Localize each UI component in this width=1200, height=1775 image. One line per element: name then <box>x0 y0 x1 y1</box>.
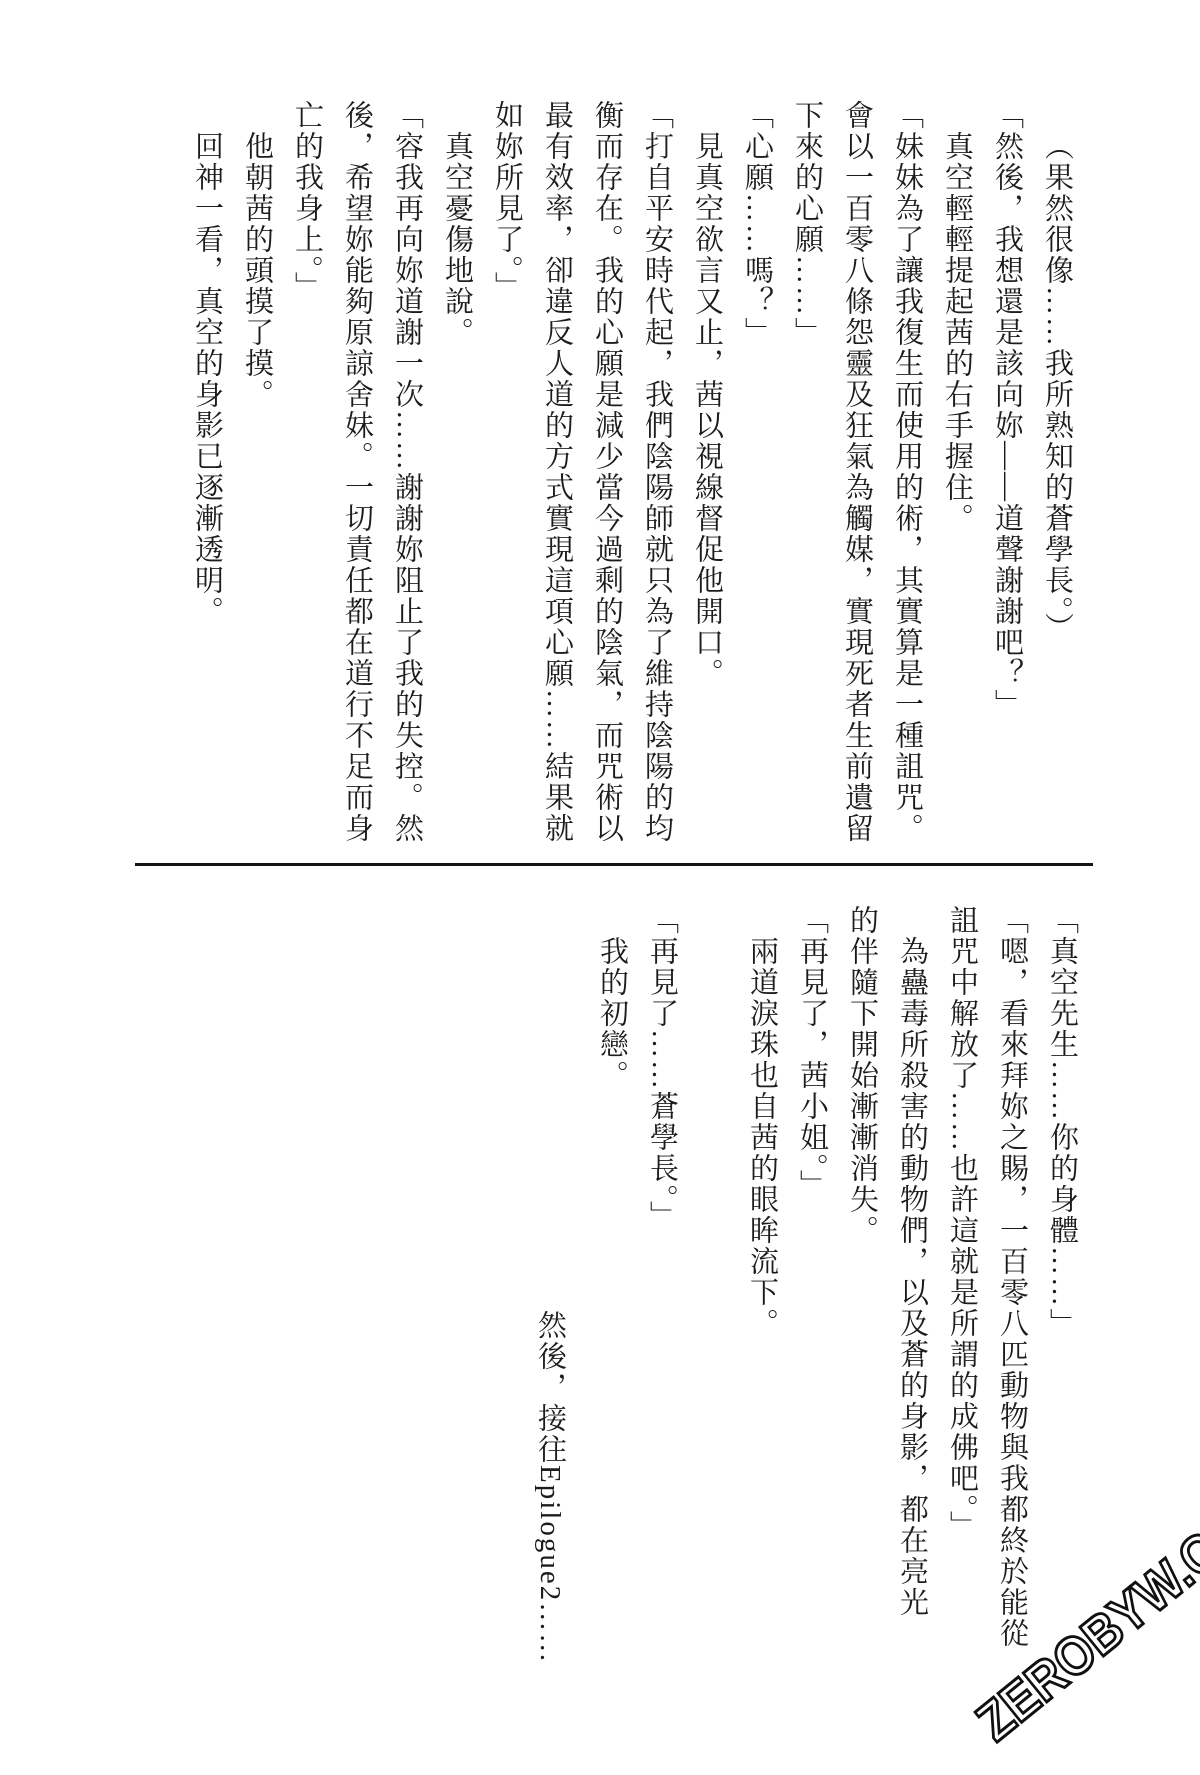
text-line: 回神一看，真空的身影已逐漸透明。 <box>182 100 232 854</box>
text-line: 詛咒中解放了……也許這就是所謂的成佛吧。」 <box>937 905 987 1659</box>
text-line: 後，希望妳能夠原諒舍妹。一切責任都在道行不足而身 <box>332 100 382 854</box>
text-line: 然後，接往Epilogue2…… <box>525 1310 575 1775</box>
text-line: （果然很像……我所熟知的蒼學長。） <box>1032 100 1082 854</box>
text-line: 「心願……嗎？」 <box>732 100 782 854</box>
text-line: 見真空欲言又止，茜以視線督促他開口。 <box>682 100 732 854</box>
text-line: 「真空先生……你的身體……」 <box>1037 905 1087 1659</box>
text-line: 「容我再向妳道謝一次……謝謝妳阻止了我的失控。然 <box>382 100 432 854</box>
text-line: 真空輕輕提起茜的右手握住。 <box>932 100 982 854</box>
bottom-text-block: 「真空先生……你的身體……」「嗯，看來拜妳之賜，一百零八匹動物與我都終於能從詛咒… <box>587 905 1087 1659</box>
text-line: 兩道淚珠也自茜的眼眸流下。 <box>737 905 787 1659</box>
text-line: 我的初戀。 <box>587 905 637 1659</box>
scanned-novel-page: （果然很像……我所熟知的蒼學長。）「然後，我想還是該向妳——道聲謝謝吧？」真空輕… <box>0 0 1200 1775</box>
text-line: 「再見了……蒼學長。」 <box>637 905 687 1659</box>
text-line: 真空憂傷地說。 <box>432 100 482 854</box>
text-line: 他朝茜的頭摸了摸。 <box>232 100 282 854</box>
section-divider <box>135 863 1093 866</box>
text-line: 的伴隨下開始漸漸消失。 <box>837 905 887 1659</box>
text-line: 如妳所見了。」 <box>482 100 532 854</box>
transition-text-block: 然後，接往Epilogue2…… <box>525 1310 575 1775</box>
text-line: 「打自平安時代起，我們陰陽師就只為了維持陰陽的均 <box>632 100 682 854</box>
text-line: 下來的心願……」 <box>782 100 832 854</box>
text-line: 會以一百零八條怨靈及狂氣為觸媒，實現死者生前遺留 <box>832 100 882 854</box>
text-line: 「嗯，看來拜妳之賜，一百零八匹動物與我都終於能從 <box>987 905 1037 1659</box>
text-line: 衡而存在。我的心願是減少當今過剩的陰氣，而咒術以 <box>582 100 632 854</box>
text-line: 「再見了，茜小姐。」 <box>787 905 837 1659</box>
text-line: 最有效率，卻違反人道的方式實現這項心願……結果就 <box>532 100 582 854</box>
text-line: 為蠱毒所殺害的動物們，以及蒼的身影，都在亮光 <box>887 905 937 1659</box>
text-line: 亡的我身上。」 <box>282 100 332 854</box>
text-line: 「然後，我想還是該向妳——道聲謝謝吧？」 <box>982 100 1032 854</box>
top-text-block: （果然很像……我所熟知的蒼學長。）「然後，我想還是該向妳——道聲謝謝吧？」真空輕… <box>182 100 1082 854</box>
text-line: 「妹妹為了讓我復生而使用的術，其實算是一種詛咒。 <box>882 100 932 854</box>
